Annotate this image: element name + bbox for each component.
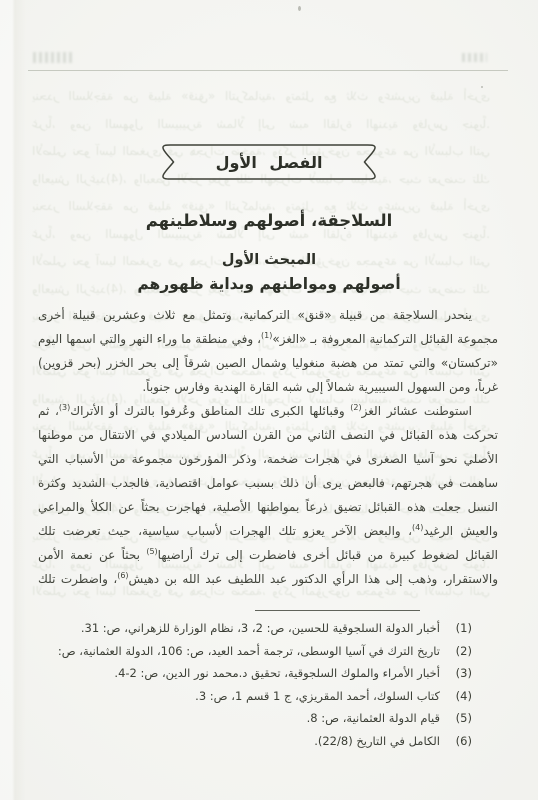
body-line: استوطنت عشائر الغز(2) وقبائلها الكبرى تل…: [38, 399, 498, 423]
header-ghost-page-number: [462, 53, 487, 62]
page-content: الفصل الأول السلاجقة، أصولهم وسلاطينهم ا…: [0, 0, 538, 800]
footnote-text: كتاب السلوك، أحمد المقريزي، ج 1 قسم 1، ص…: [195, 689, 440, 703]
header-ghost-text: [33, 52, 75, 63]
footnote-ref: (3): [59, 403, 70, 412]
footnote-ref: (2): [350, 403, 361, 412]
footnote: (5)قيام الدولة العثمانية، ص: 8.: [55, 707, 472, 730]
footnote-number: (1): [440, 617, 472, 640]
footnote-text: أخبار الأمراء والملوك السلجوقية، تحقيق د…: [114, 666, 440, 680]
footnote-number: (3): [440, 662, 472, 685]
book-section-title: السلاجقة، أصولهم وسلاطينهم: [0, 211, 538, 230]
chapter-title-plaque: الفصل الأول: [157, 141, 381, 183]
footnote: (2)تاريخ الترك في آسيا الوسطى، ترجمة أحم…: [55, 640, 472, 663]
scan-speck: [298, 6, 301, 11]
body-line: النسل جعلت هذه القبائل تضيق ذرعاً بمواطن…: [38, 495, 498, 519]
body-line: تحركت هذه القبائل في النصف الثاني من الق…: [38, 423, 498, 447]
mabhath-title: المبحث الأول: [0, 252, 538, 268]
footnote-number: (4): [440, 685, 472, 708]
footnote-text: الكامل في التاريخ (22/8).: [314, 734, 440, 748]
header-rule: [28, 70, 508, 71]
footnote-separator: [255, 610, 420, 611]
footnote-number: (2): [440, 640, 472, 663]
scan-speck: [481, 86, 483, 88]
chapter-title: الفصل الأول: [216, 153, 323, 172]
footnote-text: قيام الدولة العثمانية، ص: 8.: [307, 711, 440, 725]
footnotes: (1)أخبار الدولة السلجوقية للحسين، ص: 2، …: [55, 617, 472, 753]
footnote: (6)الكامل في التاريخ (22/8).: [55, 730, 472, 753]
body-line: والاستقرار، وذهب إلى هذا الرأي الدكتور ع…: [38, 567, 498, 591]
body-line: القبائل لضغوط كبيرة من قبائل أخرى فاضطرت…: [38, 543, 498, 567]
body-line: ينحدر السلاجقة من قبيلة «قنق» التركمانية…: [38, 303, 498, 327]
book-page: ينحدر السلاجقة من قبيلة «قنق» التركمانية…: [0, 0, 538, 800]
body-line: «تركستان» والتي تمتد من هضبة منغوليا وشم…: [38, 351, 498, 375]
footnote-ref: (1): [261, 331, 272, 340]
mabhath-subtitle: أصولهم ومواطنهم وبداية ظهورهم: [0, 275, 538, 293]
footnote: (4)كتاب السلوك، أحمد المقريزي، ج 1 قسم 1…: [55, 685, 472, 708]
body-line: غرباً، ومن السهول السيبيرية شمالاً إلى ش…: [38, 375, 498, 399]
footnote: (1)أخبار الدولة السلجوقية للحسين، ص: 2، …: [55, 617, 472, 640]
body-text: ينحدر السلاجقة من قبيلة «قنق» التركمانية…: [38, 303, 498, 591]
body-line: ساهمت في هجرتهم، فالبعض يرى أن ذلك بسبب …: [38, 471, 498, 495]
footnote-text: تاريخ الترك في آسيا الوسطى، ترجمة أحمد ا…: [55, 644, 440, 658]
body-line: والعيش الرغيد(4)، والبعض الآخر يعزو تلك …: [38, 519, 498, 543]
footnote: (3)أخبار الأمراء والملوك السلجوقية، تحقي…: [55, 662, 472, 685]
footnote-number: (5): [440, 707, 472, 730]
footnote-ref: (5): [146, 547, 157, 556]
footnote-ref: (6): [117, 571, 128, 580]
footnote-ref: (4): [412, 523, 423, 532]
body-line: الأصلي نحو آسيا الصغرى في هجرات ضخمة، وذ…: [38, 447, 498, 471]
body-line: مجموعة القبائل التركمانية المعروفة بـ «ا…: [38, 327, 498, 351]
footnote-number: (6): [440, 730, 472, 753]
footnote-text: أخبار الدولة السلجوقية للحسين، ص: 2، 3، …: [81, 621, 440, 635]
